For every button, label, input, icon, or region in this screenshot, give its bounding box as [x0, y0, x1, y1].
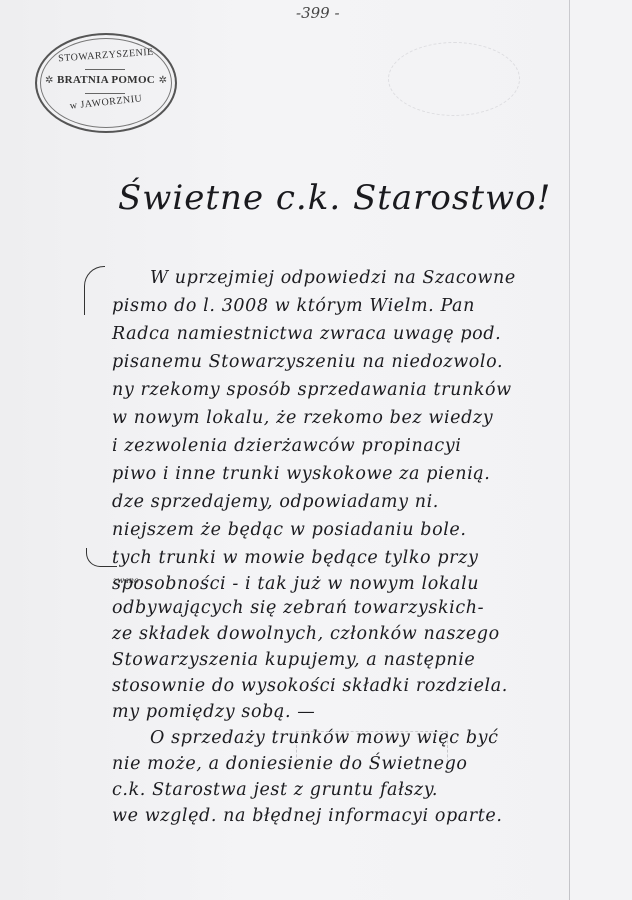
letter-line: niejszem że będąc w posiadaniu bole.	[112, 520, 467, 540]
star-icon: ✲	[159, 75, 167, 86]
page-edge-strip	[570, 0, 632, 900]
letter-line: tych trunki w mowie będące tylko przy	[112, 548, 478, 568]
stamp-middle-text: BRATNIA POMOC	[37, 74, 175, 86]
stamp-divider	[85, 93, 125, 94]
letter-line: c.k. Starostwa jest z gruntu fałszy.	[112, 780, 438, 800]
letter-line: ze składek dowolnych, członków naszego	[112, 624, 500, 644]
letter-line: w nowym lokalu, że rzekomo bez wiedzy	[112, 408, 493, 428]
letter-line: odbywających się zebrań towarzyskich-	[112, 598, 484, 618]
letter-line: W uprzejmiej odpowiedzi na Szacowne	[150, 268, 516, 288]
letter-line: my pomiędzy sobą. —	[112, 702, 315, 722]
document-page: -399 - STOWARZYSZENIE ✲ BRATNIA POMOC ✲ …	[0, 0, 632, 900]
letter-line: stosownie do wysokości składki rozdziela…	[112, 676, 508, 696]
letter-line: dze sprzedajemy, odpowiadamy ni.	[112, 492, 439, 512]
page-number: -399 -	[296, 4, 340, 22]
faint-stamp-impression	[388, 42, 520, 116]
stamp-divider	[85, 69, 125, 70]
salutation-heading: Świetne c.k. Starostwo!	[118, 178, 551, 218]
letter-line: sposobności - i tak już w nowym lokalu	[112, 574, 479, 594]
letter-line: we względ. na błędnej informacyi oparte.	[112, 806, 503, 826]
letter-line: O sprzedaży trunków mowy więc być	[150, 728, 499, 748]
letter-line: pismo do l. 3008 w którym Wielm. Pan	[112, 296, 475, 316]
margin-bracket-mark	[84, 266, 105, 315]
letter-line: i zezwolenia dzierżawców propinacyi	[112, 436, 461, 456]
interline-correction-note: zwano	[113, 576, 139, 585]
stamp-top-text: STOWARZYSZENIE	[37, 45, 175, 66]
letter-line: ny rzekomy sposób sprzedawania trunków	[112, 380, 512, 400]
letter-line: pisanemu Stowarzyszeniu na niedozwolo.	[112, 352, 503, 372]
letter-line: piwo i inne trunki wyskokowe za pienią.	[112, 464, 490, 484]
letter-line: nie może, a doniesienie do Świetnego	[112, 754, 468, 774]
page-fold-line	[569, 0, 570, 900]
association-stamp: STOWARZYSZENIE ✲ BRATNIA POMOC ✲ w JAWOR…	[35, 33, 177, 133]
letter-line: Radca namiestnictwa zwraca uwagę pod.	[112, 324, 501, 344]
letter-line: Stowarzyszenia kupujemy, a następnie	[112, 650, 475, 670]
